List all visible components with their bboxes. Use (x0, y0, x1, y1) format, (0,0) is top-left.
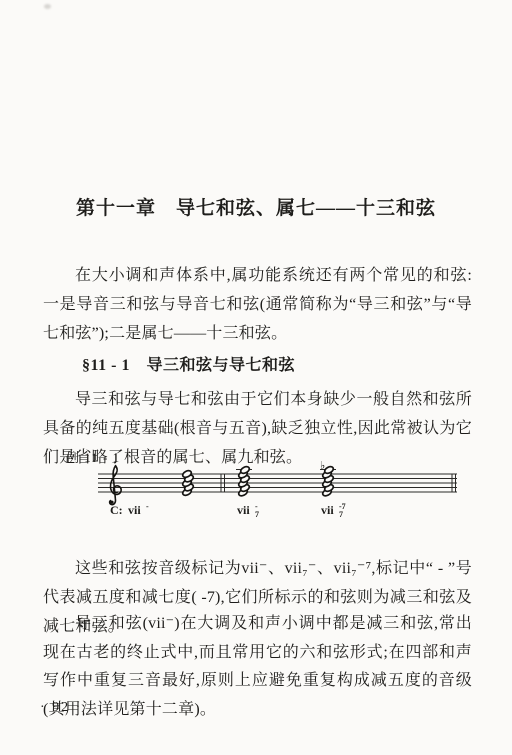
chapter-title: 第十一章 导七和弦、属七——十三和弦 (0, 193, 512, 220)
key-label: C: (110, 503, 123, 517)
paragraph-intro: 在大小调和声体系中,属功能系统还有两个常见的和弦:一是导音三和弦与导音七和弦(通… (43, 261, 472, 348)
svg-text:7: 7 (339, 510, 343, 519)
music-example: ♭ C: vii - vii (94, 461, 466, 531)
treble-clef-icon (110, 466, 122, 505)
staff-notation: ♭ C: vii - vii (94, 461, 466, 531)
chord-label-1: vii - (128, 502, 149, 517)
chord-label-3: vii -7 7 (321, 502, 346, 519)
svg-text:vii: vii (128, 503, 141, 517)
paragraph-usage: 导三和弦(vii⁻)在大调及和声小调中都是减三和弦,常出现在古老的终止式中,而且… (43, 610, 472, 724)
svg-text:7: 7 (255, 510, 259, 519)
svg-text:vii: vii (237, 503, 250, 517)
section-heading: §11 - 1 导三和弦与导七和弦 (82, 352, 295, 375)
svg-text:vii: vii (321, 503, 334, 517)
svg-text:-: - (146, 502, 149, 511)
book-page: 第十一章 导七和弦、属七——十三和弦 在大小调和声体系中,属功能系统还有两个常见… (0, 0, 512, 755)
page-number: · 92 · (40, 700, 82, 716)
staff-lines (98, 474, 457, 492)
scan-artifact (44, 4, 51, 9)
chord-label-2: vii - 7 (237, 502, 259, 519)
